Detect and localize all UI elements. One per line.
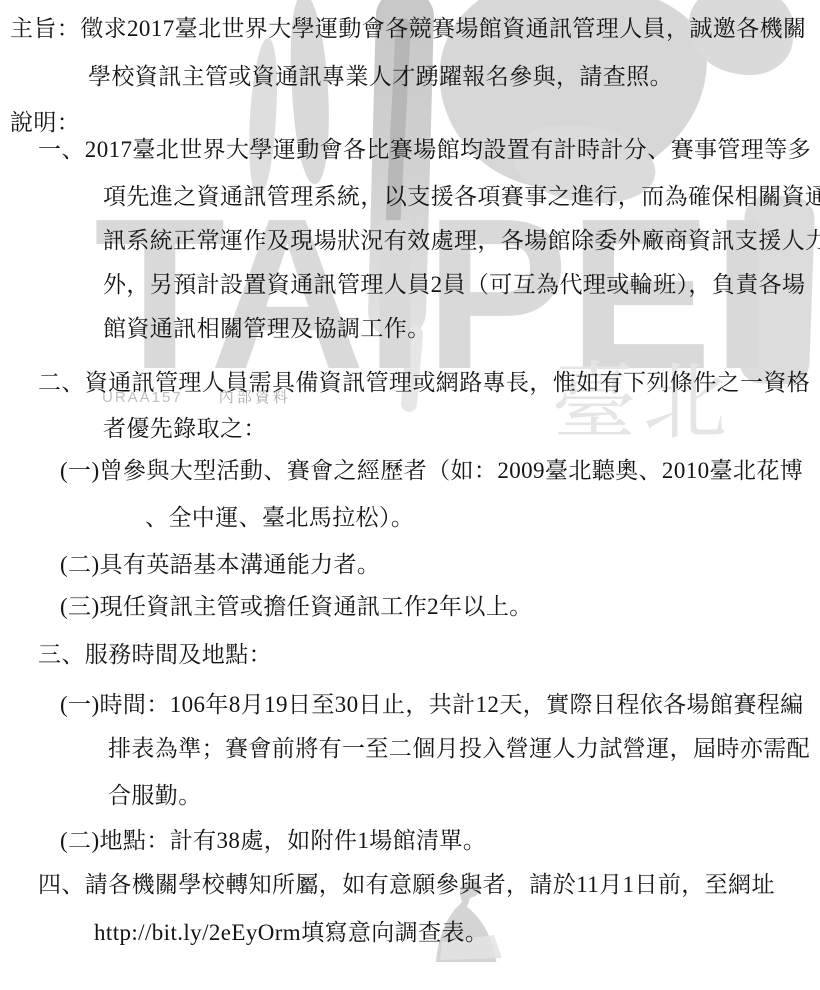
document-text: 主旨：徵求2017臺北世界大學運動會各競賽場館資通訊管理人員，誠邀各機關學校資訊… — [0, 0, 820, 990]
text-line: 學校資訊主管或資通訊專業人才踴躍報名參與，請查照。 — [88, 62, 673, 92]
text-line: (三)現任資訊主管或擔任資通訊工作2年以上。 — [60, 592, 533, 622]
text-line: 排表為準；賽會前將有一至二個月投入營運人力試營運，屆時亦需配 — [108, 734, 810, 764]
text-line: 二、資通訊管理人員需具備資訊管理或網路專長，惟如有下列條件之一資格 — [38, 368, 810, 398]
text-line: (一)時間：106年8月19日至30日止，共計12天，實際日程依各場館賽程編 — [60, 690, 804, 720]
text-line: http://bit.ly/2eEyOrm填寫意向調查表。 — [94, 918, 488, 948]
text-line: 說明： — [10, 108, 80, 138]
text-line: 三、服務時間及地點： — [38, 640, 272, 670]
text-line: 者優先錄取之： — [103, 414, 267, 444]
text-line: 、全中運、臺北馬拉松）。 — [145, 503, 414, 533]
text-line: (二)地點：計有38處，如附件1場館清單。 — [60, 826, 486, 856]
text-line: 訊系統正常運作及現場狀況有效處理，各場館除委外廠商資訊支援人力 — [103, 226, 820, 256]
text-line: 館資通訊相關管理及協調工作。 — [103, 314, 431, 344]
text-line: (一)曾參與大型活動、賽會之經歷者（如：2009臺北聽奧、2010臺北花博 — [60, 456, 803, 486]
text-line: 一、2017臺北世界大學運動會各比賽場館均設置有計時計分、賽事管理等多 — [38, 135, 811, 165]
text-line: (二)具有英語基本溝通能力者。 — [60, 550, 380, 580]
text-line: 項先進之資通訊管理系統，以支援各項賽事之進行，而為確保相關資通 — [103, 182, 820, 212]
text-line: 主旨：徵求2017臺北世界大學運動會各競賽場館資通訊管理人員，誠邀各機關 — [10, 14, 806, 44]
text-line: 合服勤。 — [108, 781, 202, 811]
text-line: 四、請各機關學校轉知所屬，如有意願參與者，請於11月1日前，至網址 — [38, 870, 775, 900]
document-page: TAIPEI 臺北 URAA157內部資料 主旨：徵求2017臺北世界大學運動會… — [0, 0, 820, 990]
text-line: 外，另預計設置資通訊管理人員2員（可互為代理或輪班），負責各場 — [103, 270, 805, 300]
